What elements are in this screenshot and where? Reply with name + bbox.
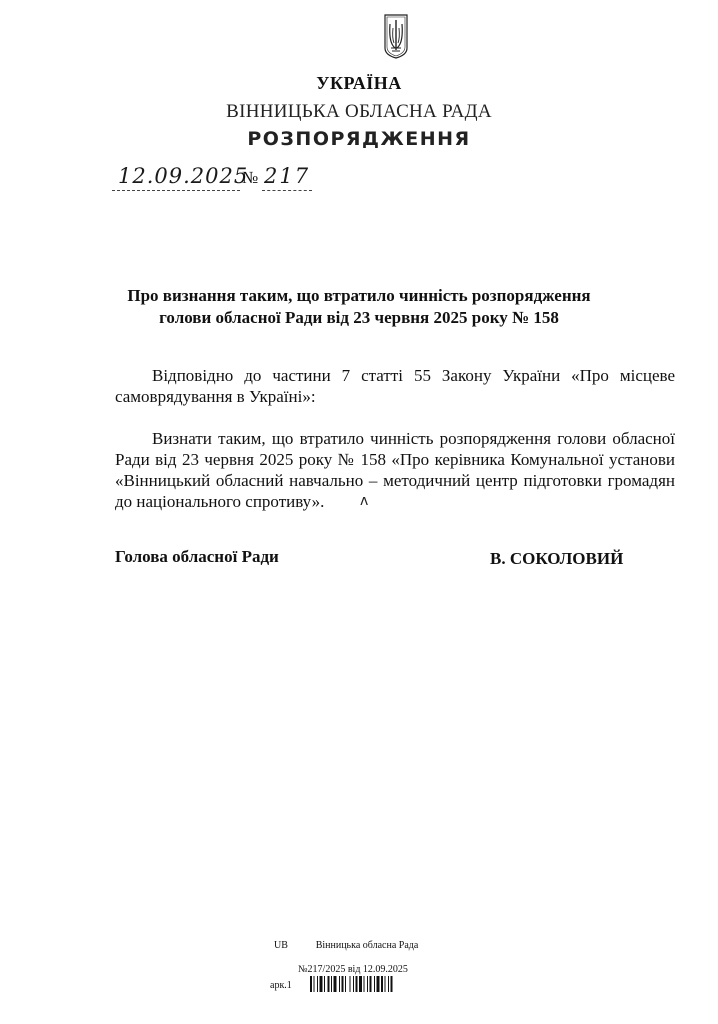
stamp-prefix: UB [274,940,288,952]
stamp-organization: Вінницька обласна Рада [312,940,422,952]
signatory-role: Голова обласної Ради [115,547,279,567]
document-title: Про визнання таким, що втратило чинність… [0,285,718,329]
barcode-icon [310,976,452,992]
stamp-registration: №217/2025 від 12.09.2025 [298,964,408,976]
title-line-2: голови обласної Ради від 23 червня 2025 … [0,307,718,329]
date-underline [112,190,240,191]
signatory-name: В. СОКОЛОВИЙ [490,549,623,569]
handwritten-mark: ʌ [360,493,368,509]
country-heading: УКРАЇНА [0,73,718,94]
body-paragraph-legal-basis: Відповідно до частини 7 статті 55 Закону… [115,365,675,407]
registration-date: 12.09.2025 [118,164,248,188]
registration-line: 12.09.2025 № 217 [112,160,312,194]
document-type-heading: РОЗПОРЯДЖЕННЯ [0,128,718,150]
tryzub-coat-of-arms-icon [384,14,408,59]
council-heading: ВІННИЦЬКА ОБЛАСНА РАДА [0,101,718,123]
registration-number: 217 [264,164,310,188]
body-paragraph-decision: Визнати таким, що втратило чинність розп… [115,428,675,512]
stamp-sheet: арк.1 [270,980,292,992]
number-sign: № [242,168,258,188]
number-underline [262,190,312,191]
title-line-1: Про визнання таким, що втратило чинність… [0,285,718,307]
